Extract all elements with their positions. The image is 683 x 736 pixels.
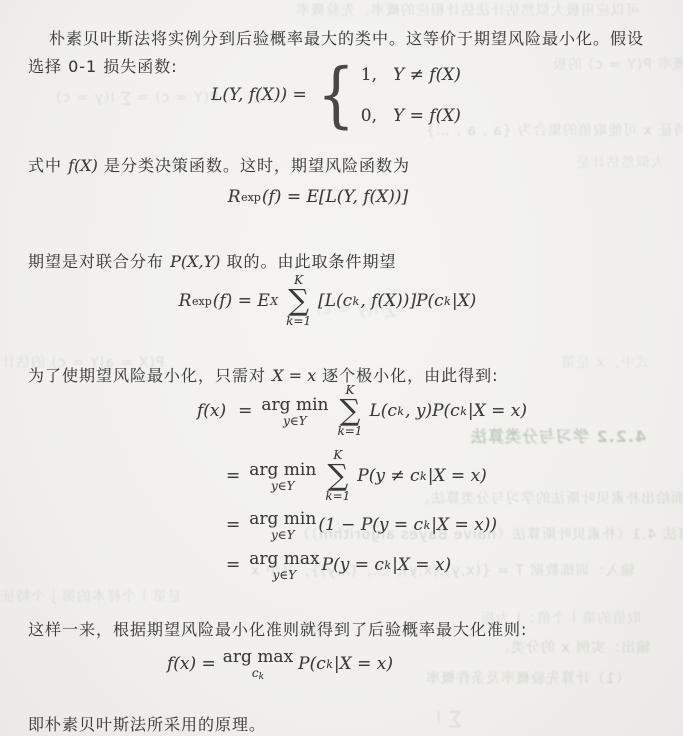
deriv4-s1: k (384, 559, 391, 572)
bleed-text: 可以应用极大似然估计法估计相应的概率。先验概率 (295, 0, 640, 20)
case2-value: 0, (361, 106, 377, 126)
loss-case-1: 1, Y ≠ f(X) (361, 65, 461, 85)
derivation-line-2: = arg min y∈Y K ∑ k=1 P(y ≠ ck|X = x) (226, 448, 487, 504)
argmin-limit: y∈Y (271, 479, 295, 493)
bleed-text: 大似然估计是 (575, 152, 665, 172)
riskcond-s1: k (353, 295, 360, 308)
deriv3-t1: (1 − P(y = c (318, 515, 423, 535)
case1-condition: Y ≠ f(X) (393, 65, 461, 85)
deriv-lhs: f(x) (197, 401, 226, 421)
principle-text: 即朴素贝叶斯法所采用的原理。 (28, 715, 266, 734)
equals-sign: = (226, 466, 240, 486)
paragraph-decision-function: 式中 f(X) 是分类决策函数。这时，期望风险函数为 (28, 157, 410, 174)
case2-condition: Y = f(X) (393, 106, 461, 126)
riskcond-s2: k (444, 295, 451, 308)
argmin-label: arg min (261, 395, 328, 415)
p2-post: 是分类决策函数。这时，期望风险函数为 (98, 156, 410, 175)
cases-brace: { (317, 59, 355, 130)
argmax-limit: ck (252, 666, 264, 682)
deriv2-t2: |X = x) (428, 466, 487, 486)
argmax-limit: y∈Y (273, 568, 297, 582)
deriv4-t1: P(y = c (322, 555, 384, 575)
argmin-label: arg min (249, 509, 316, 529)
argmax-label: arg max (223, 647, 293, 667)
riskcond-R-subscript: exp (192, 295, 212, 308)
limit-k-subscript: k (259, 672, 264, 682)
bleed-text: 式中，x 是第 (560, 352, 650, 372)
loss-cases: 1, Y ≠ f(X) 0, Y = f(X) (361, 65, 461, 126)
riskcond-t3: |X) (452, 291, 476, 311)
paragraph-intro-line1: 朴素贝叶斯法将实例分到后验概率最大的类中。这等价于期望风险最小化。假设 (49, 30, 644, 47)
conclusion-text: 这样一来，根据期望风险最小化准则就得到了后验概率最大化准则: (28, 620, 527, 639)
deriv2-s1: k (420, 470, 427, 483)
bleed-text: 是第 i 个样本的第 j 个特征 (0, 586, 182, 606)
equation-expected-risk: Rexp(f) = E[L(Y, f(X))] (0, 184, 636, 210)
riskcond-E-subscript: X (270, 295, 278, 308)
argmin-label: arg min (249, 460, 316, 480)
p2-pre: 式中 (28, 156, 68, 175)
equation-posterior-max: f(x) = arg max ck P(ck|X = x) (0, 644, 560, 684)
book-page: 可以应用极大似然估计法估计相应的概率。先验概率先验概率 P(Y = c) 的极P… (0, 0, 683, 736)
p2-inline-math: f(X) (68, 156, 98, 175)
summation-symbol: K ∑ k=1 (337, 384, 362, 438)
final-s1: k (326, 658, 333, 671)
argmin-limit: y∈Y (271, 528, 295, 542)
sigma-icon: ∑ (288, 287, 309, 315)
equals-sign: = (238, 401, 252, 421)
riskcond-R: R (179, 291, 192, 311)
risk-rest: (f) = E[L(Y, f(X))] (262, 187, 408, 207)
final-t2: |X = x) (334, 654, 393, 674)
risk-R: R (228, 187, 241, 207)
deriv4-t2: |X = x) (392, 555, 451, 575)
riskcond-t1: [L(c (318, 291, 352, 311)
paragraph-joint-distribution: 期望是对联合分布 P(X,Y) 取的。由此取条件期望 (28, 253, 396, 270)
sigma-icon: ∑ (327, 462, 348, 490)
derivation-line-4: = arg max y∈Y P(y = ck|X = x) (226, 546, 451, 584)
argmax-operator: arg max ck (223, 647, 293, 682)
equals-sign: = (226, 515, 240, 535)
deriv1-t1: L(c (369, 401, 396, 421)
derivation-line-1: f(x) = arg min y∈Y K ∑ k=1 L(ck, y)P(ck|… (197, 383, 527, 439)
argmin-operator: arg min y∈Y (249, 460, 316, 493)
argmax-label: arg max (249, 549, 319, 569)
limit-c: c (252, 666, 259, 680)
paragraph-conclusion: 这样一来，根据期望风险最小化准则就得到了后验概率最大化准则: (28, 621, 527, 638)
deriv1-t3: |X = x) (468, 401, 527, 421)
summation-symbol: K ∑ k=1 (286, 274, 311, 328)
p3-pre: 期望是对联合分布 (28, 252, 170, 271)
deriv1-s1: k (397, 405, 404, 418)
deriv1-t2: , y)P(c (405, 401, 460, 421)
argmin-operator: arg min y∈Y (261, 395, 328, 428)
deriv3-s1: k (424, 519, 431, 532)
equals-sign: = (226, 555, 240, 575)
derivation-line-3: = arg min y∈Y (1 − P(y = ck|X = x)) (226, 506, 497, 544)
deriv3-t2: |X = x)) (431, 515, 497, 535)
final-lhs: f(x) = (167, 654, 216, 674)
p3-post: 取的。由此取条件期望 (220, 252, 396, 271)
sum-lower-limit: k=1 (286, 315, 311, 328)
summation-symbol: K ∑ k=1 (325, 449, 350, 503)
argmin-operator: arg min y∈Y (249, 509, 316, 542)
argmin-limit: y∈Y (283, 414, 307, 428)
paragraph-minimization: 为了使期望风险最小化，只需对 X = x 逐个极小化，由此得到: (28, 367, 499, 384)
loss-lhs: L(Y, f(X)) = (211, 85, 307, 105)
p3-inline-math: P(X,Y) (170, 252, 220, 271)
riskcond-mid: (f) = E (213, 291, 270, 311)
case1-value: 1, (361, 65, 377, 85)
sum-lower-limit: k=1 (325, 490, 350, 503)
sum-lower-limit: k=1 (337, 425, 362, 438)
paragraph-principle: 即朴素贝叶斯法所采用的原理。 (28, 716, 266, 733)
riskcond-t2: , f(X))]P(c (360, 291, 443, 311)
sigma-icon: ∑ (340, 397, 361, 425)
risk-R-subscript: exp (241, 191, 261, 204)
final-t1: P(c (298, 654, 326, 674)
equation-conditional-expectation: Rexp(f) = EX K ∑ k=1 [L(ck, f(X))]P(ck|X… (0, 273, 655, 329)
loss-case-2: 0, Y = f(X) (361, 106, 461, 126)
bleed-text: ∑ I (435, 708, 461, 729)
intro-text-line1: 朴素贝叶斯法将实例分到后验概率最大的类中。这等价于期望风险最小化。假设 (49, 29, 644, 48)
deriv2-t1: P(y ≠ c (357, 466, 419, 486)
deriv1-s2: k (460, 405, 467, 418)
equation-loss-function: L(Y, f(X)) = { 1, Y ≠ f(X) 0, Y = f(X) (0, 58, 672, 132)
argmax-operator: arg max y∈Y (249, 549, 319, 582)
